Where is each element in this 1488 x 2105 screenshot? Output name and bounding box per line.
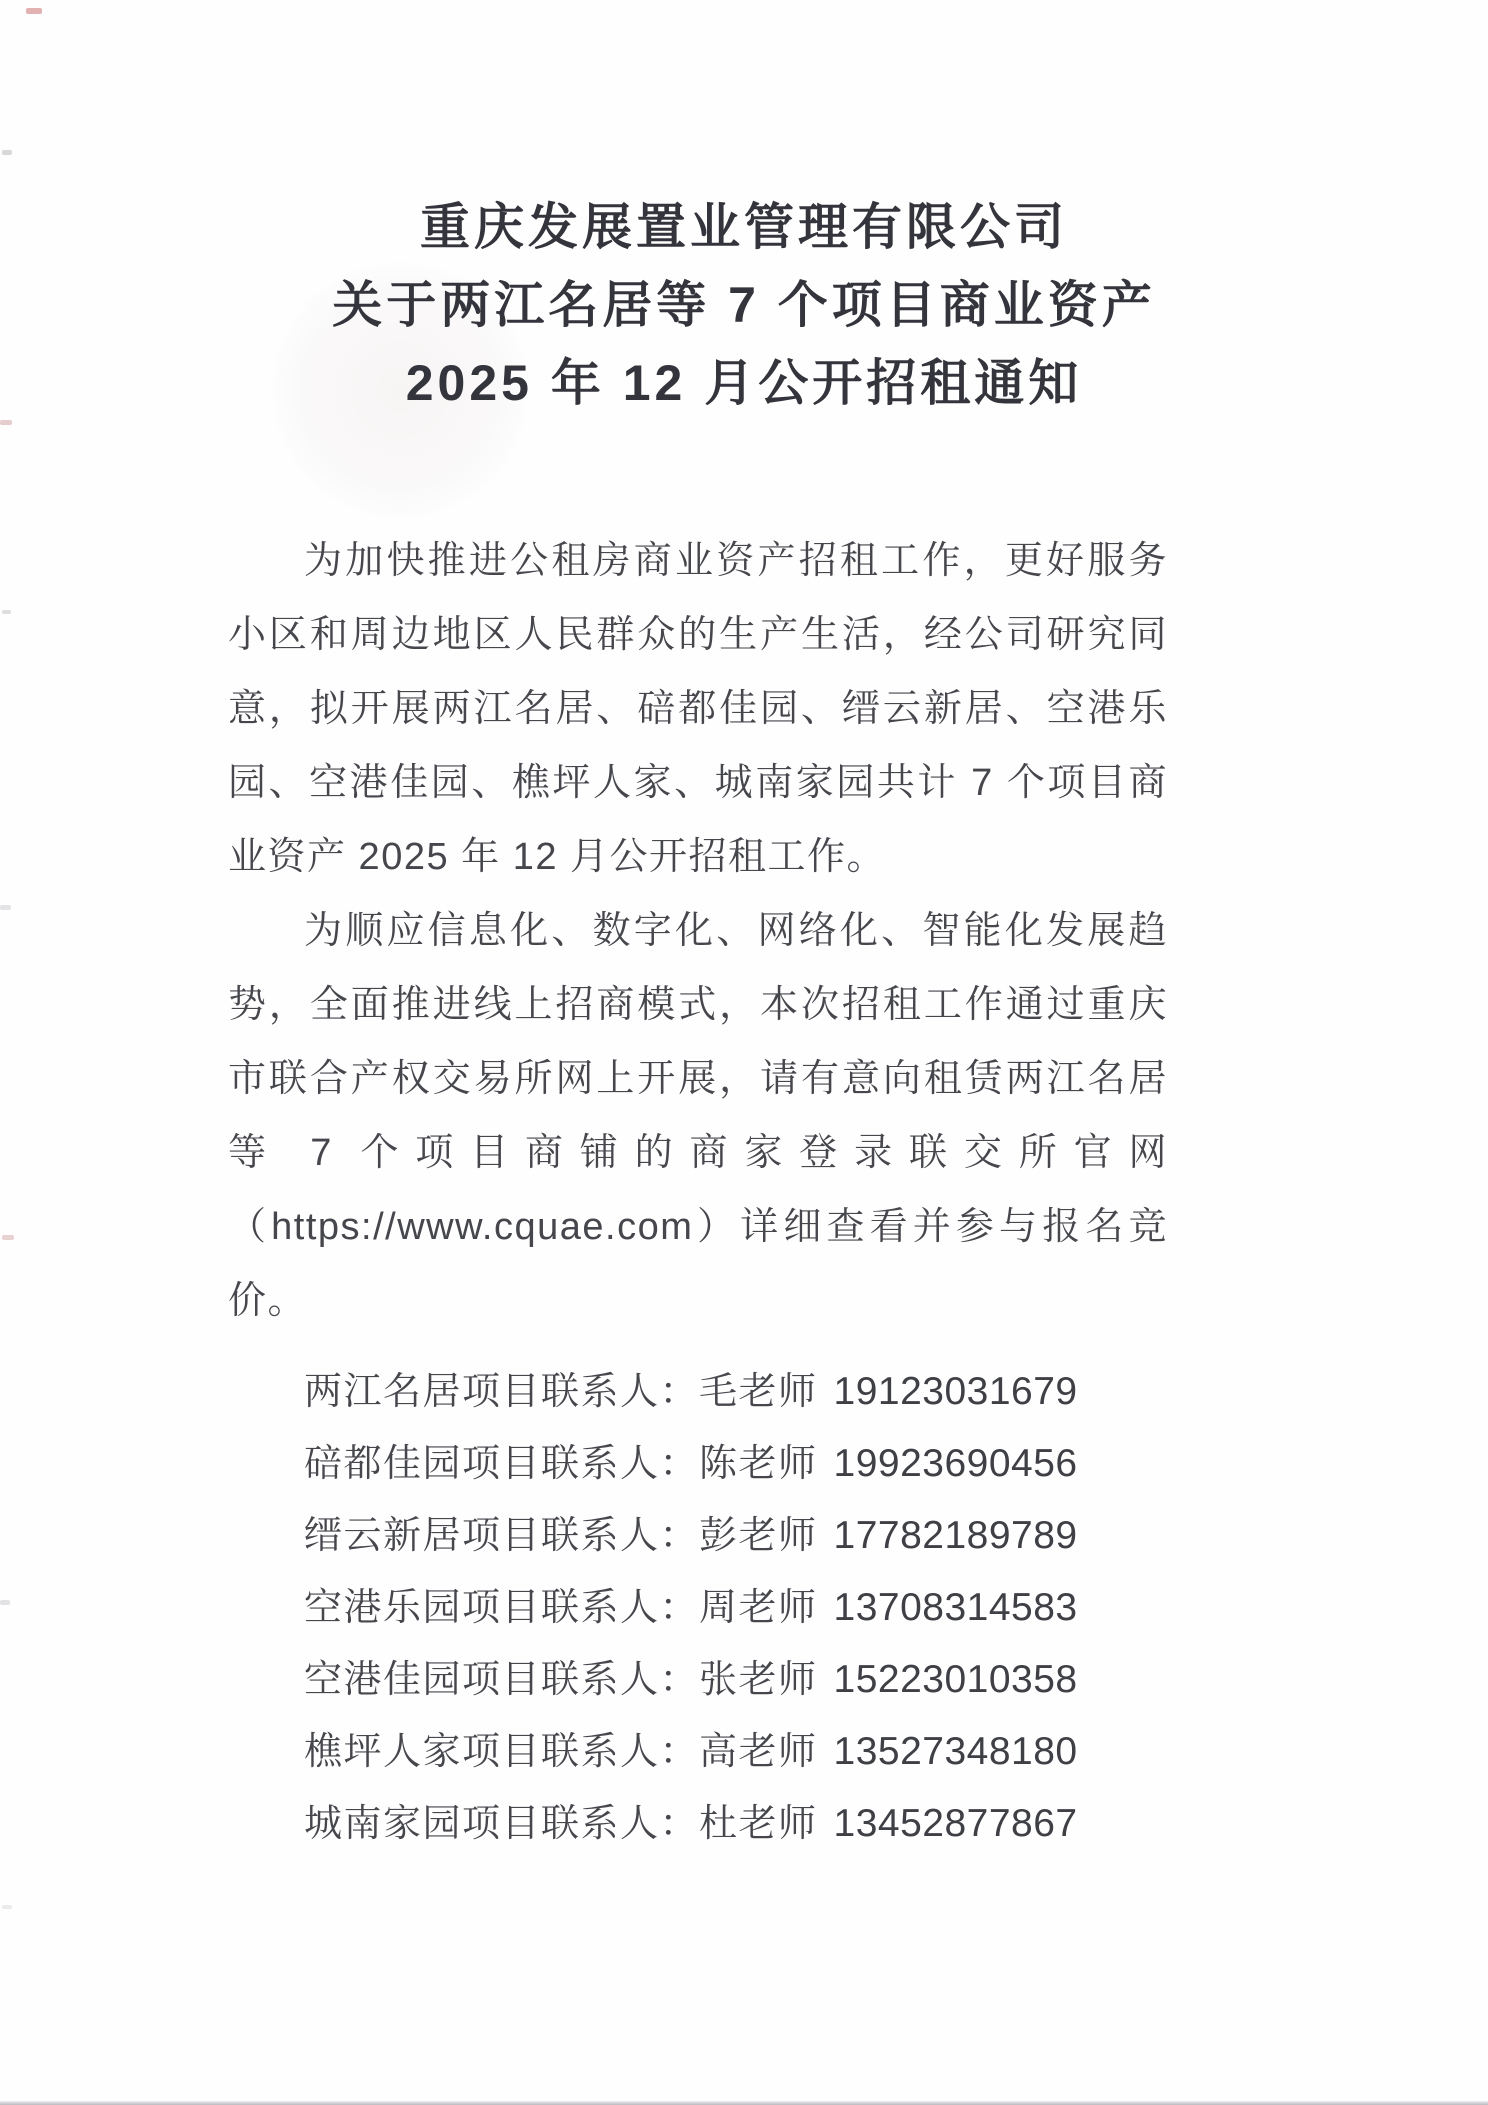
body-paragraph-2: 为顺应信息化、数字化、网络化、智能化发展趋势，全面推进线上招商模式，本次招租工作… [228, 894, 1168, 1338]
document-title-line-1: 重庆发展置业管理有限公司 [0, 188, 1488, 266]
contact-phone: 13708314583 [834, 1586, 1078, 1629]
scan-artifact [2, 1905, 12, 1909]
contact-list: 两江名居项目联系人：毛老师19123031679 碚都佳园项目联系人：陈老师19… [228, 1356, 1168, 1860]
contact-line: 樵坪人家项目联系人：高老师13527348180 [304, 1716, 1168, 1788]
contact-phone: 15223010358 [834, 1658, 1078, 1701]
contact-line: 碚都佳园项目联系人：陈老师19923690456 [304, 1428, 1168, 1500]
document-body: 为加快推进公租房商业资产招租工作，更好服务小区和周边地区人民群众的生产生活，经公… [228, 524, 1168, 1860]
scanned-document-page: 重庆发展置业管理有限公司 关于两江名居等 7 个项目商业资产 2025 年 12… [0, 0, 1488, 2105]
contact-line: 空港乐园项目联系人：周老师13708314583 [304, 1572, 1168, 1644]
contact-phone: 13527348180 [834, 1730, 1078, 1773]
contact-phone: 13452877867 [834, 1802, 1078, 1845]
scan-bottom-edge [0, 2101, 1488, 2105]
contact-line: 两江名居项目联系人：毛老师19123031679 [304, 1356, 1168, 1428]
contact-label: 缙云新居项目联系人：彭老师 [304, 1515, 818, 1557]
body-paragraph-1: 为加快推进公租房商业资产招租工作，更好服务小区和周边地区人民群众的生产生活，经公… [228, 524, 1168, 894]
contact-phone: 19123031679 [834, 1370, 1078, 1413]
contact-phone: 17782189789 [834, 1514, 1078, 1557]
document-title-line-3: 2025 年 12 月公开招租通知 [0, 344, 1488, 422]
document-title: 重庆发展置业管理有限公司 关于两江名居等 7 个项目商业资产 2025 年 12… [0, 188, 1488, 422]
contact-label: 城南家园项目联系人：杜老师 [304, 1803, 818, 1845]
scan-artifact [2, 610, 11, 614]
contact-line: 城南家园项目联系人：杜老师13452877867 [304, 1788, 1168, 1860]
scan-artifact [0, 905, 11, 910]
scan-artifact [0, 1600, 10, 1605]
contact-label: 空港乐园项目联系人：周老师 [304, 1587, 818, 1629]
scan-artifact [26, 8, 42, 14]
contact-label: 空港佳园项目联系人：张老师 [304, 1659, 818, 1701]
contact-line: 空港佳园项目联系人：张老师15223010358 [304, 1644, 1168, 1716]
scan-artifact [2, 1235, 14, 1240]
contact-label: 碚都佳园项目联系人：陈老师 [304, 1443, 818, 1485]
document-title-line-2: 关于两江名居等 7 个项目商业资产 [0, 266, 1488, 344]
contact-label: 两江名居项目联系人：毛老师 [304, 1371, 818, 1413]
scan-artifact [2, 150, 12, 155]
contact-label: 樵坪人家项目联系人：高老师 [304, 1731, 818, 1773]
contact-line: 缙云新居项目联系人：彭老师17782189789 [304, 1500, 1168, 1572]
contact-phone: 19923690456 [834, 1442, 1078, 1485]
